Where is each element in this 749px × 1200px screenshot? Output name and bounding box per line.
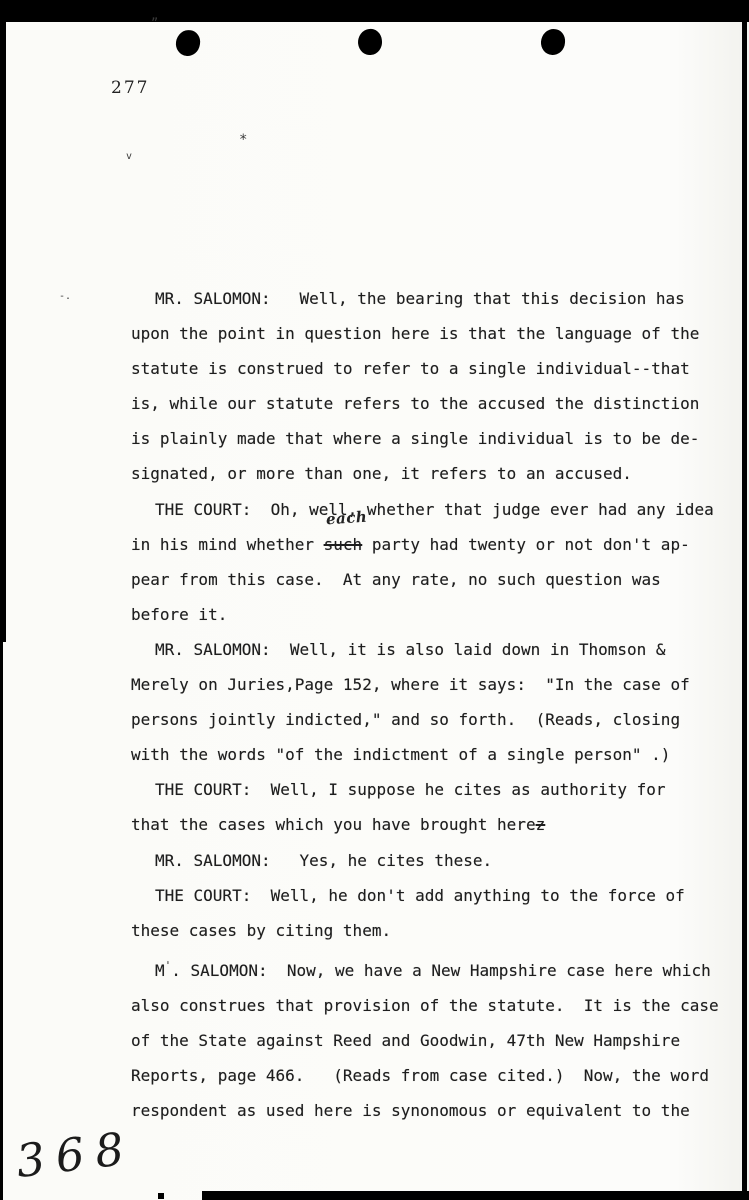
stray-mark: v — [126, 151, 132, 162]
struck-out-text: z — [536, 815, 546, 834]
hole-punch-dot-1 — [174, 28, 201, 57]
transcript-line: is, while our statute refers to the accu… — [131, 386, 736, 421]
transcript-line: THE COURT: Well, he don't add anything t… — [131, 878, 736, 913]
transcript-line: pear from this case. At any rate, no suc… — [131, 562, 736, 597]
transcript-line: THE COURT: Well, I suppose he cites as a… — [131, 772, 736, 807]
handwritten-correction: each — [325, 509, 367, 527]
stray-mark: -. — [59, 291, 71, 302]
scan-artifact-tick — [158, 1193, 164, 1199]
transcript-line: that the cases which you have brought he… — [131, 807, 736, 842]
transcript-body: MR. SALOMON: Well, the bearing that this… — [131, 281, 736, 1128]
transcript-line: is plainly made that where a single indi… — [131, 421, 736, 456]
page-number: 277 — [111, 78, 149, 98]
struck-out-text: such — [324, 535, 363, 554]
scan-border-bottom — [202, 1191, 749, 1200]
scan-border-left-lower — [0, 642, 3, 1200]
hole-punch-dot-2 — [357, 28, 384, 56]
scan-border-left-upper — [0, 22, 6, 642]
transcript-line: persons jointly indicted," and so forth.… — [131, 702, 736, 737]
transcript-line: Reports, page 466. (Reads from case cite… — [131, 1058, 736, 1093]
transcript-line: statute is construed to refer to a singl… — [131, 351, 736, 386]
transcript-line: of the State against Reed and Goodwin, 4… — [131, 1023, 736, 1058]
stray-mark: * — [239, 132, 247, 148]
transcript-line: MR. SALOMON: Yes, he cites these. — [131, 843, 736, 878]
handwritten-folio-number: 368 — [13, 1121, 137, 1188]
transcript-line: upon the point in question here is that … — [131, 316, 736, 351]
hole-punch-dot-3 — [540, 28, 566, 56]
transcript-line: MR. SALOMON: Well, the bearing that this… — [131, 281, 736, 316]
scan-border-top — [0, 0, 749, 22]
transcript-line: Merely on Juries,Page 152, where it says… — [131, 667, 736, 702]
scan-border-right — [742, 0, 747, 1200]
transcript-line: Mˈ. SALOMON: Now, we have a New Hampshir… — [131, 948, 736, 988]
transcript-line: these cases by citing them. — [131, 913, 736, 948]
transcript-line: THE COURT: Oh, well, whether that judge … — [131, 492, 736, 527]
transcript-line: signated, or more than one, it refers to… — [131, 456, 736, 491]
transcript-line: with the words "of the indictment of a s… — [131, 737, 736, 772]
stray-mark: ˮ — [151, 16, 158, 30]
transcript-line: before it. — [131, 597, 736, 632]
transcript-line: respondent as used here is synonomous or… — [131, 1093, 736, 1128]
scanned-document-page: 277 MR. SALOMON: Well, the bearing that … — [0, 0, 749, 1200]
transcript-line: also construes that provision of the sta… — [131, 988, 736, 1023]
transcript-line: MR. SALOMON: Well, it is also laid down … — [131, 632, 736, 667]
transcript-line: in his mind whether sucheach party had t… — [131, 527, 736, 562]
